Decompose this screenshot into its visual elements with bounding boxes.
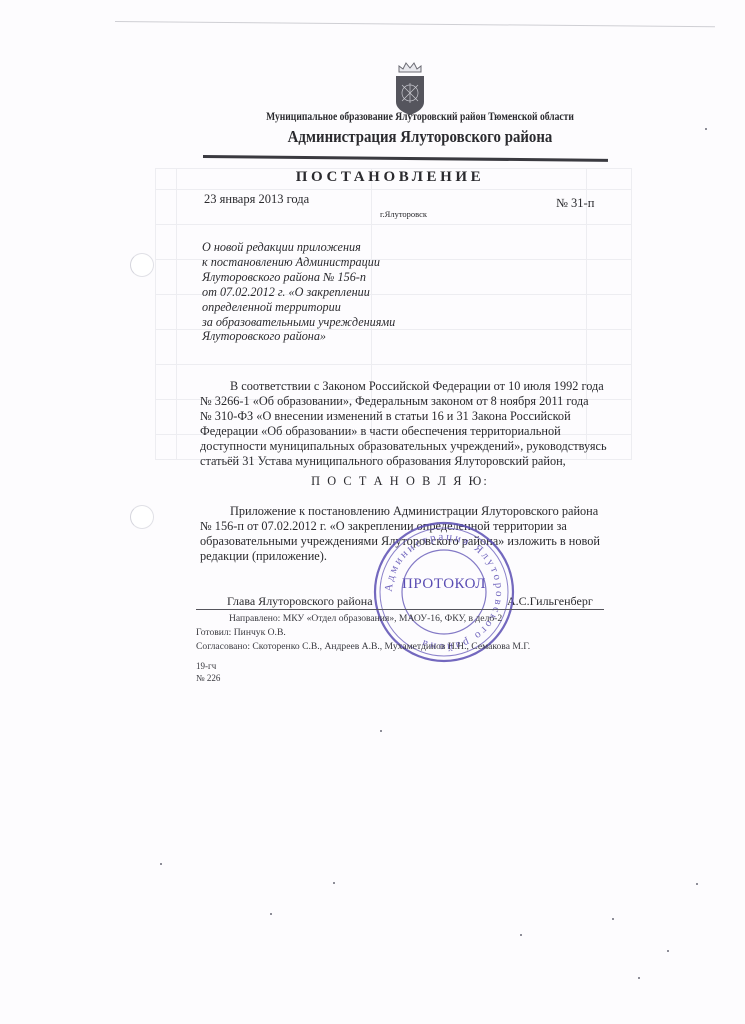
footer-code: 19-гч xyxy=(196,661,216,671)
scan-speck xyxy=(160,863,162,865)
punch-hole-bottom xyxy=(130,505,154,529)
scan-speck xyxy=(380,730,382,732)
scan-speck xyxy=(270,913,272,915)
document-type-title: ПОСТАНОВЛЕНИЕ xyxy=(280,169,500,186)
scan-top-edge xyxy=(115,21,715,27)
header-rule xyxy=(203,155,608,162)
preamble-line: № 310-ФЗ «О внесении изменений в статьи … xyxy=(200,409,610,424)
subject-line: Ялуторовского района № 156-п xyxy=(202,270,442,285)
document-date: 23 января 2013 года xyxy=(204,192,309,207)
decree-word: П О С Т А Н О В Л Я Ю: xyxy=(300,474,500,489)
preamble-line: Федерации «Об образовании» в части обесп… xyxy=(200,424,610,439)
footer-reg-number: № 226 xyxy=(196,673,220,683)
coat-of-arms-icon xyxy=(393,58,427,118)
scan-speck xyxy=(696,883,698,885)
preamble-line: № 3266-1 «Об образовании», Федеральным з… xyxy=(200,394,610,409)
scan-speck xyxy=(333,882,335,884)
document-number: № 31-п xyxy=(556,196,594,211)
preamble-line: доступности муниципальных образовательны… xyxy=(200,439,610,454)
subject-line: О новой редакции приложения xyxy=(202,240,442,255)
footer-agreed-by: Согласовано: Скоторенко С.В., Андреев А.… xyxy=(196,641,530,652)
subject-line: Ялуторовского района» xyxy=(202,329,442,344)
subject-line: к постановлению Администрации xyxy=(202,255,442,270)
signature-title: Глава Ялуторовского района xyxy=(227,594,373,609)
org-subtitle: Муниципальное образование Ялуторовский р… xyxy=(260,111,579,123)
stamp-center-text: ПРОТОКОЛ xyxy=(372,576,516,593)
preamble-line: статьёй 31 Устава муниципального образов… xyxy=(200,454,610,469)
subject-line: определенной территории xyxy=(202,300,442,315)
scan-speck xyxy=(520,934,522,936)
scan-speck xyxy=(638,977,640,979)
preamble-line: В соответствии с Законом Российской Феде… xyxy=(200,379,610,394)
footer-prepared-by: Готовил: Пинчук О.В. xyxy=(196,627,286,638)
scan-speck xyxy=(705,128,707,130)
scan-speck xyxy=(612,918,614,920)
document-subject: О новой редакции приложения к постановле… xyxy=(202,240,442,344)
signature-name: А.С.Гильгенберг xyxy=(507,594,593,609)
footer-rule xyxy=(196,609,604,610)
preamble-paragraph: В соответствии с Законом Российской Феде… xyxy=(200,379,610,468)
scan-speck xyxy=(667,950,669,952)
document-city: г.Ялуторовск xyxy=(380,209,427,219)
subject-line: за образовательными учреждениями xyxy=(202,315,442,330)
footer-sent-to: Направлено: МКУ «Отдел образования», МАО… xyxy=(229,613,502,624)
subject-line: от 07.02.2012 г. «О закреплении xyxy=(202,285,442,300)
resolution-line: Приложение к постановлению Администрации… xyxy=(200,504,610,519)
org-title: Администрация Ялуторовского района xyxy=(249,127,591,147)
punch-hole-top xyxy=(130,253,154,277)
